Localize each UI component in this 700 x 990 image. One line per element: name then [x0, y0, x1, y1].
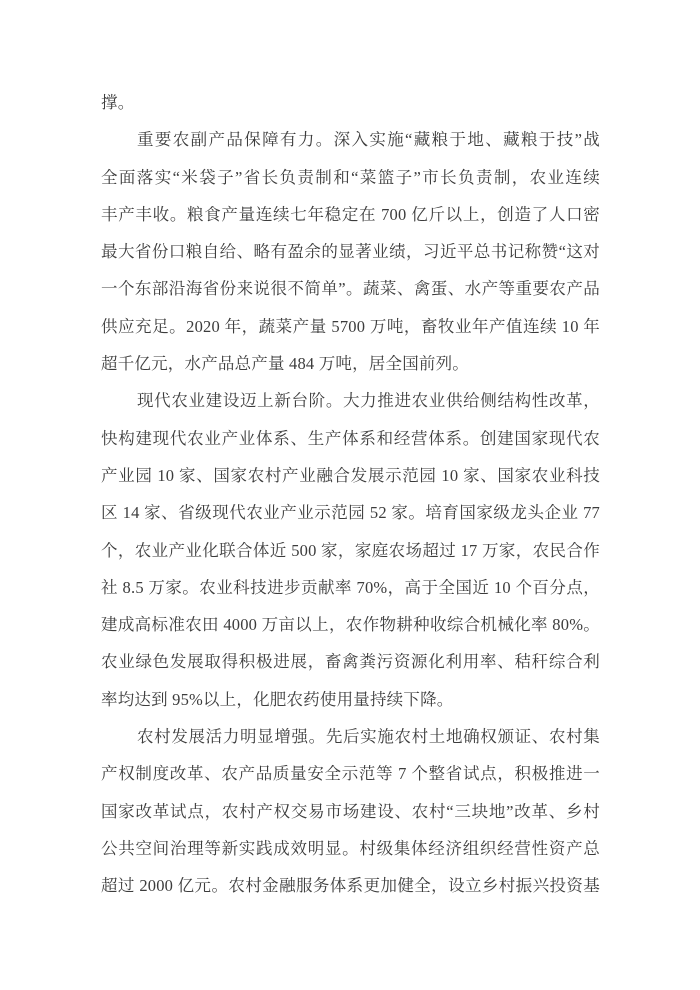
text-line: 产业园 10 家、国家农村产业融合发展示范园 10 家、国家农业科技园: [101, 457, 600, 494]
text-line: 建成高标准农田 4000 万亩以上，农作物耕种收综合机械化率 80%。: [101, 606, 600, 643]
paragraph-rural-vitality: 农村发展活力明显增强。先后实施农村土地确权颁证、农村集体 产权制度改革、农产品质…: [101, 718, 600, 904]
text-line: 率均达到 95%以上，化肥农药使用量持续下降。: [101, 681, 600, 718]
text-line: 农业绿色发展取得积极进展，畜禽粪污资源化利用率、秸秆综合利用: [101, 643, 600, 680]
text-line: 撑。: [101, 84, 600, 121]
paragraph-continuation: 撑。: [101, 84, 600, 121]
paragraph-modern-agriculture: 现代农业建设迈上新台阶。大力推进农业供给侧结构性改革，加 快构建现代农业产业体系…: [101, 382, 600, 718]
text-line: 快构建现代农业产业体系、生产体系和经营体系。创建国家现代农业: [101, 420, 600, 457]
text-line: 一个东部沿海省份来说很不简单”。蔬菜、禽蛋、水产等重要农产品: [101, 270, 600, 307]
text-line: 现代农业建设迈上新台阶。大力推进农业供给侧结构性改革，加: [101, 382, 600, 419]
text-line: 社 8.5 万家。农业科技进步贡献率 70%，高于全国近 10 个百分点，: [101, 569, 600, 606]
text-line: 公共空间治理等新实践成效明显。村级集体经济组织经营性资产总量: [101, 830, 600, 867]
text-line: 国家改革试点，农村产权交易市场建设、农村“三块地”改革、乡村: [101, 793, 600, 830]
document-page: 撑。 重要农副产品保障有力。深入实施“藏粮于地、藏粮于技”战略， 全面落实“米袋…: [0, 0, 700, 990]
text-line: 超过 2000 亿元。农村金融服务体系更加健全，设立乡村振兴投资基: [101, 867, 600, 904]
text-line: 丰产丰收。粮食产量连续七年稳定在 700 亿斤以上，创造了人口密度: [101, 196, 600, 233]
text-line: 重要农副产品保障有力。深入实施“藏粮于地、藏粮于技”战略，: [101, 121, 600, 158]
text-line: 农村发展活力明显增强。先后实施农村土地确权颁证、农村集体: [101, 718, 600, 755]
text-line: 供应充足。2020 年，蔬菜产量 5700 万吨，畜牧业年产值连续 10 年: [101, 308, 600, 345]
paragraph-important-farm-products: 重要农副产品保障有力。深入实施“藏粮于地、藏粮于技”战略， 全面落实“米袋子”省…: [101, 121, 600, 382]
text-line: 最大省份口粮自给、略有盈余的显著业绩，习近平总书记称赞“这对: [101, 233, 600, 270]
text-line: 产权制度改革、农产品质量安全示范等 7 个整省试点，积极推进一批: [101, 755, 600, 792]
text-line: 个，农业产业化联合体近 500 家，家庭农场超过 17 万家，农民合作: [101, 532, 600, 569]
text-line: 全面落实“米袋子”省长负责制和“菜篮子”市长负责制，农业连续: [101, 159, 600, 196]
text-line: 区 14 家、省级现代农业产业示范园 52 家。培育国家级龙头企业 77: [101, 494, 600, 531]
text-line: 超千亿元，水产品总产量 484 万吨，居全国前列。: [101, 345, 600, 382]
